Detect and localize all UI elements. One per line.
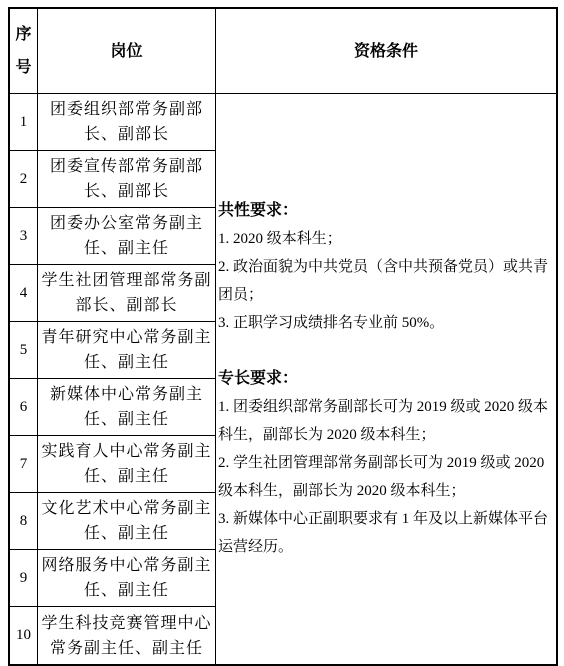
row-number: 1 [10, 94, 37, 151]
position-cell: 文化艺术中心常务副主任、副主任 [38, 493, 215, 550]
common-requirement-item: 2. 政治面貌为中共党员（含中共预备党员）或共青团员； [218, 253, 550, 309]
row-number: 5 [10, 322, 37, 379]
recruitment-positions-table: 序号 1 2 3 4 5 6 7 8 9 10 岗位 团委组织部常务副部长、副部… [8, 7, 558, 666]
special-requirements-section: 专长要求： 1. 团委组织部常务副部长可为 2019 级或 2020 级本科生，… [218, 365, 550, 561]
common-requirement-item: 1. 2020 级本科生； [218, 225, 550, 253]
common-requirements-title: 共性要求： [218, 197, 550, 225]
special-requirement-item: 2. 学生社团管理部常务副部长可为 2019 级或 2020 级本科生，副部长为… [218, 449, 550, 505]
row-number: 10 [10, 607, 37, 664]
position-cell: 团委办公室常务副主任、副主任 [38, 208, 215, 265]
special-requirement-item: 1. 团委组织部常务副部长可为 2019 级或 2020 级本科生，副部长为 2… [218, 393, 550, 449]
common-requirements-section: 共性要求： 1. 2020 级本科生； 2. 政治面貌为中共党员（含中共预备党员… [218, 197, 550, 337]
position-cell: 团委宣传部常务副部长、副部长 [38, 151, 215, 208]
row-number: 4 [10, 265, 37, 322]
position-cell: 实践育人中心常务副主任、副主任 [38, 436, 215, 493]
position-cell: 学生科技竞赛管理中心常务副主任、副主任 [38, 607, 215, 664]
document-page: 序号 1 2 3 4 5 6 7 8 9 10 岗位 团委组织部常务副部长、副部… [0, 0, 564, 666]
position-cell: 学生社团管理部常务副部长、副部长 [38, 265, 215, 322]
special-requirements-title: 专长要求： [218, 365, 550, 393]
special-requirement-item: 3. 新媒体中心正副职要求有 1 年及以上新媒体平台运营经历。 [218, 505, 550, 561]
qualifications-cell: 共性要求： 1. 2020 级本科生； 2. 政治面貌为中共党员（含中共预备党员… [216, 94, 556, 664]
column-seq: 序号 1 2 3 4 5 6 7 8 9 10 [10, 9, 38, 664]
header-position: 岗位 [38, 9, 215, 94]
common-requirement-item: 3. 正职学习成绩排名专业前 50%。 [218, 309, 550, 337]
header-qualification: 资格条件 [216, 9, 556, 94]
position-cell: 青年研究中心常务副主任、副主任 [38, 322, 215, 379]
header-seq: 序号 [10, 9, 37, 94]
position-cell: 新媒体中心常务副主任、副主任 [38, 379, 215, 436]
position-cell: 团委组织部常务副部长、副部长 [38, 94, 215, 151]
column-qualification: 资格条件 共性要求： 1. 2020 级本科生； 2. 政治面貌为中共党员（含中… [216, 9, 556, 664]
row-number: 3 [10, 208, 37, 265]
row-number: 2 [10, 151, 37, 208]
row-number: 8 [10, 493, 37, 550]
row-number: 9 [10, 550, 37, 607]
row-number: 6 [10, 379, 37, 436]
column-position: 岗位 团委组织部常务副部长、副部长 团委宣传部常务副部长、副部长 团委办公室常务… [38, 9, 216, 664]
position-cell: 网络服务中心常务副主任、副主任 [38, 550, 215, 607]
row-number: 7 [10, 436, 37, 493]
